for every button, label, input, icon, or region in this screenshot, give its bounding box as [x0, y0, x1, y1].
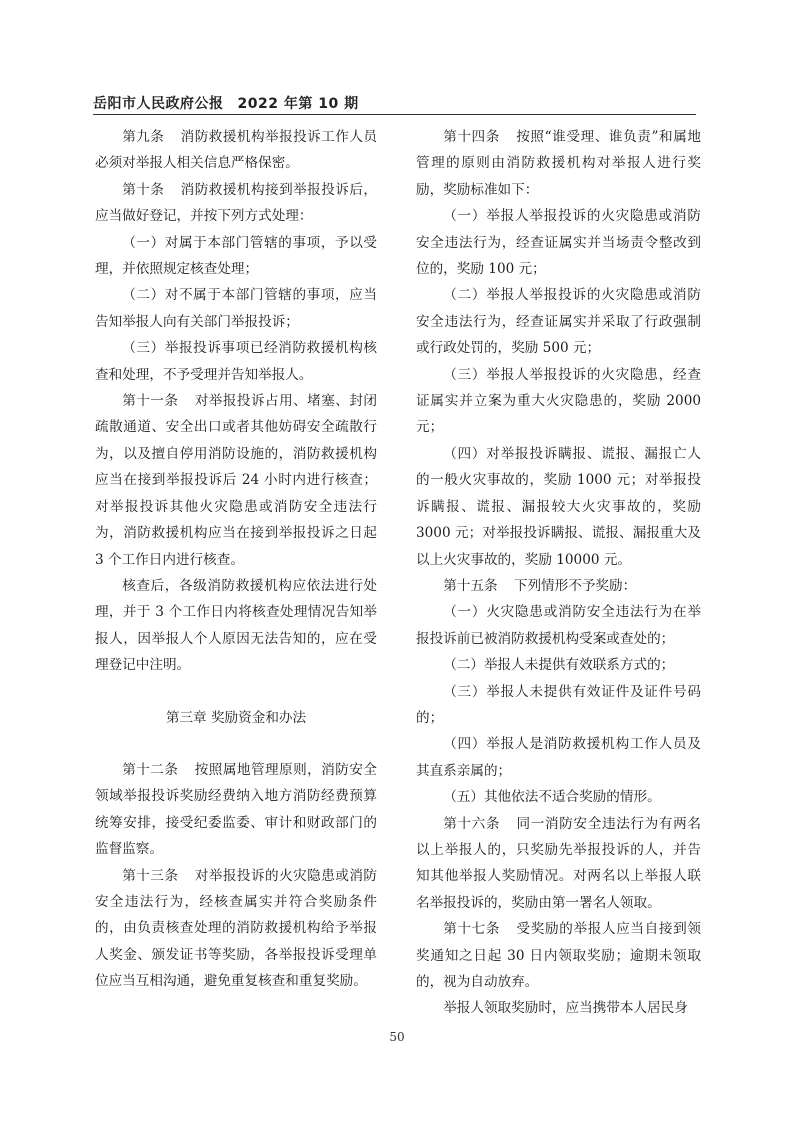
article-label: 第十条: [122, 182, 164, 198]
article-paragraph: 第十四条按照“谁受理、谁负责”和属地管理的原则由消防救援机构对举报人进行奖励，奖…: [416, 124, 701, 203]
article-label: 第十七条: [443, 921, 500, 937]
page-header: 岳阳市人民政府公报2022 年第 10 期: [93, 93, 359, 113]
issue-number: 2022 年第 10 期: [238, 96, 359, 112]
left-column: 第九条消防救援机构举报投诉工作人员必须对举报人相关信息严格保密。第十条消防救援机…: [95, 124, 377, 995]
article-paragraph: 第十三条对举报投诉的火灾隐患或消防安全违法行为，经核查属实并符合奖励条件的，由负…: [95, 863, 377, 995]
article-label: 第十五条: [443, 578, 497, 594]
list-item: （一）对属于本部门管辖的事项，予以受理，并依照规定核查处理；: [95, 230, 377, 283]
publication-title: 岳阳市人民政府公报: [93, 96, 224, 112]
list-item: （三）举报人未提供有效证件及证件号码的；: [416, 679, 701, 732]
article-paragraph: 第十二条按照属地管理原则，消防安全领域举报投诉奖励经费纳入地方消防经费预算统筹安…: [95, 757, 377, 863]
list-item: （四）举报人是消防救援机构工作人员及其直系亲属的；: [416, 731, 701, 784]
header-rule: [93, 114, 696, 115]
article-label: 第十四条: [443, 129, 500, 145]
article-label: 第十三条: [122, 868, 178, 884]
article-paragraph: 第九条消防救援机构举报投诉工作人员必须对举报人相关信息严格保密。: [95, 124, 377, 177]
article-paragraph: 第十六条同一消防安全违法行为有两名以上举报人的，只奖励先举报投诉的人，并告知其他…: [416, 811, 701, 917]
article-label: 第十二条: [122, 762, 178, 778]
list-item: （一）举报人举报投诉的火灾隐患或消防安全违法行为，经查证属实并当场责令整改到位的…: [416, 203, 701, 282]
list-item: （三）举报人举报投诉的火灾隐患，经查证属实并立案为重大火灾隐患的，奖励 2000…: [416, 362, 701, 441]
list-item: （五）其他依法不适合奖励的情形。: [416, 784, 701, 810]
list-item: （四）对举报投诉瞒报、谎报、漏报亡人的一般火灾事故的，奖励 1000 元；对举报…: [416, 441, 701, 573]
article-text: 下列情形不予奖励：: [514, 578, 636, 594]
article-text: 对举报投诉占用、堵塞、封闭疏散通道、安全出口或者其他妨碍安全疏散行为，以及擅自停…: [95, 393, 377, 567]
list-item: （二）举报人举报投诉的火灾隐患或消防安全违法行为，经查证属实并采取了行政强制或行…: [416, 282, 701, 361]
article-paragraph: 第十五条下列情形不予奖励：: [416, 573, 701, 599]
article-paragraph: 第十一条对举报投诉占用、堵塞、封闭疏散通道、安全出口或者其他妨碍安全疏散行为，以…: [95, 388, 377, 573]
article-label: 第九条: [122, 129, 164, 145]
article-paragraph: 第十七条受奖励的举报人应当自接到领奖通知之日起 30 日内领取奖励；逾期未领取的…: [416, 916, 701, 995]
list-item: （一）火灾隐患或消防安全违法行为在举报投诉前已被消防救援机构受案或查处的；: [416, 599, 701, 652]
list-item: （二）举报人未提供有效联系方式的；: [416, 652, 701, 678]
body-paragraph: 举报人领取奖励时，应当携带本人居民身: [416, 995, 701, 1021]
article-text: 对举报投诉的火灾隐患或消防安全违法行为，经核查属实并符合奖励条件的，由负责核查处…: [95, 868, 377, 990]
article-label: 第十一条: [122, 393, 178, 409]
article-label: 第十六条: [443, 816, 500, 832]
article-paragraph: 第十条消防救援机构接到举报投诉后，应当做好登记，并按下列方式处理：: [95, 177, 377, 230]
body-paragraph: 核查后，各级消防救援机构应依法进行处理，并于 3 个工作日内将核查处理情况告知举…: [95, 573, 377, 679]
right-column: 第十四条按照“谁受理、谁负责”和属地管理的原则由消防救援机构对举报人进行奖励，奖…: [416, 124, 701, 1022]
page-number: 50: [0, 1030, 794, 1044]
chapter-heading: 第三章 奖励资金和办法: [95, 705, 377, 731]
list-item: （二）对不属于本部门管辖的事项，应当告知举报人向有关部门举报投诉；: [95, 282, 377, 335]
list-item: （三）举报投诉事项已经消防救援机构核查和处理，不予受理并告知举报人。: [95, 335, 377, 388]
